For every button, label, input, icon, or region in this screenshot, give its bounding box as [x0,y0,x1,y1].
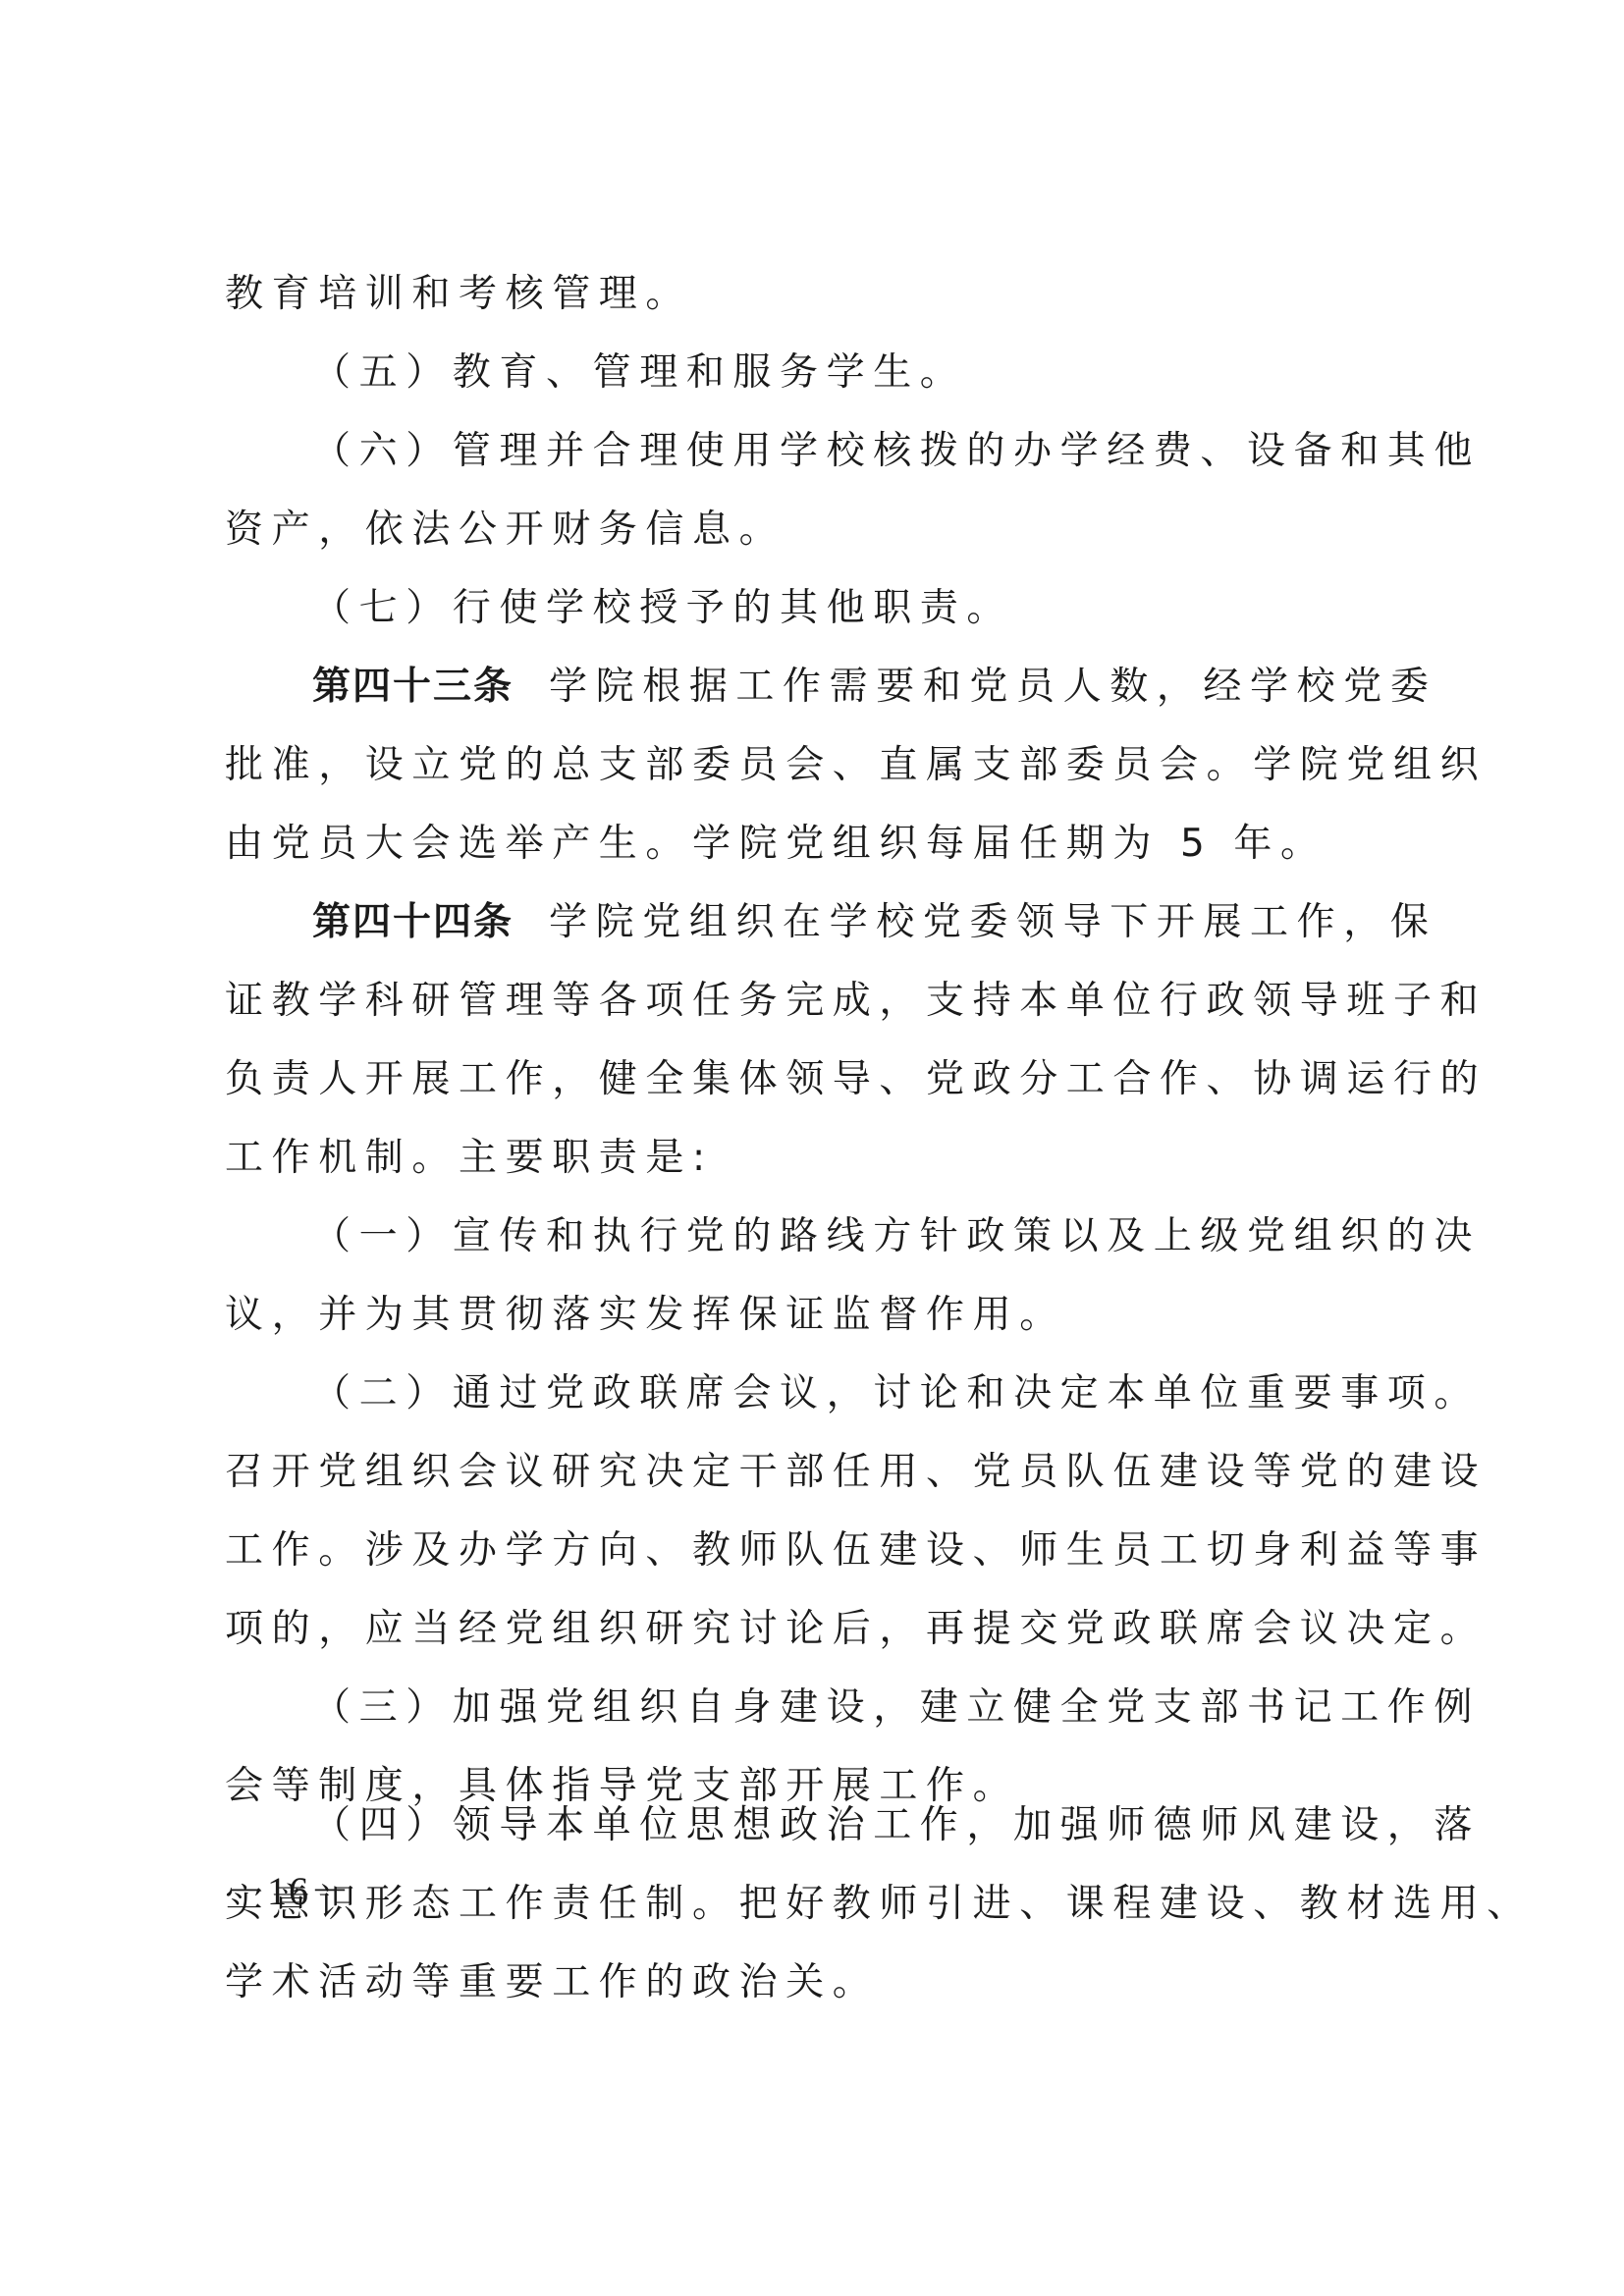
text-line: 学术活动等重要工作的政治关。 [225,1959,1403,2006]
article-heading: 第四十三条 [312,665,514,709]
text-line: 工作机制。主要职责是: [225,1135,1403,1182]
page-number: －16－ [226,1860,352,1916]
text-line: 负责人开展工作，健全集体领导、党政分工合作、协调运行的 [225,1056,1403,1103]
list-item-1: （一）宣传和执行党的路线方针政策以及上级党组织的决 [312,1213,1490,1260]
text-line: 工作。涉及办学方向、教师队伍建设、师生员工切身利益等事 [225,1527,1403,1575]
text-line: 项的，应当经党组织研究讨论后，再提交党政联席会议决定。 [225,1606,1403,1653]
list-item-2: （二）通过党政联席会议，讨论和决定本单位重要事项。 [312,1370,1490,1417]
article-text: 学院根据工作需要和党员人数，经学校党委 [549,665,1436,709]
text-line: 由党员大会选举产生。学院党组织每届任期为 5 年。 [225,821,1403,868]
list-item-4: （四）领导本单位思想政治工作，加强师德师风建设，落 [312,1802,1490,1849]
article-heading: 第四十四条 [312,900,514,944]
text-line: 实意识形态工作责任制。把好教师引进、课程建设、教材选用、 [225,1881,1403,1928]
text-line: 议，并为其贯彻落实发挥保证监督作用。 [225,1292,1403,1339]
article-43: 第四十三条学院根据工作需要和党员人数，经学校党委 [312,664,1490,711]
text-line: 批准，设立党的总支部委员会、直属支部委员会。学院党组织 [225,742,1403,789]
text-line: 教育培训和考核管理。 [225,271,1403,318]
article-text: 学院党组织在学校党委领导下开展工作，保 [549,900,1436,944]
text-line: 召开党组织会议研究决定干部任用、党员队伍建设等党的建设 [225,1449,1403,1496]
list-item-3: （三）加强党组织自身建设，建立健全党支部书记工作例 [312,1684,1490,1732]
list-item-7: （七）行使学校授予的其他职责。 [312,585,1490,632]
document-page: 教育培训和考核管理。 （五）教育、管理和服务学生。 （六）管理并合理使用学校核拨… [0,0,1624,2296]
article-44: 第四十四条学院党组织在学校党委领导下开展工作，保 [312,899,1490,946]
text-line: 资产，依法公开财务信息。 [225,507,1403,554]
text-line: 证教学科研管理等各项任务完成，支持本单位行政领导班子和 [225,978,1403,1025]
list-item-5: （五）教育、管理和服务学生。 [312,349,1490,397]
list-item-6: （六）管理并合理使用学校核拨的办学经费、设备和其他 [312,428,1490,475]
